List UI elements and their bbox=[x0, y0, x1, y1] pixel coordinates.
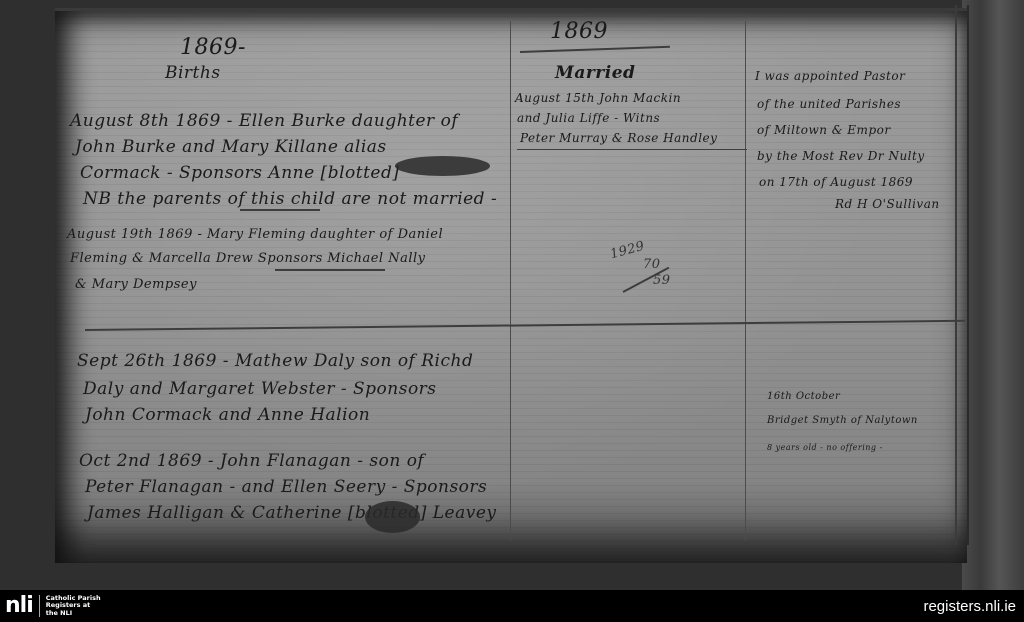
ink-blot bbox=[395, 156, 490, 176]
note-line: on 17th of August 1869 bbox=[759, 175, 913, 189]
section-divider bbox=[85, 320, 965, 331]
married-year-heading: 1869 bbox=[550, 19, 608, 44]
entry-line: Fleming & Marcella Drew Sponsors Michael… bbox=[70, 251, 426, 266]
entry-line: NB the parents of this child are not mar… bbox=[83, 189, 497, 209]
entry-line: August 19th 1869 - Mary Fleming daughter… bbox=[67, 227, 443, 242]
calc-subtract: 70 bbox=[643, 257, 661, 272]
entry-line: Peter Flanagan - and Ellen Seery - Spons… bbox=[85, 477, 487, 497]
calc-top: 1929 bbox=[609, 239, 647, 263]
entry-line: & Mary Dempsey bbox=[75, 277, 197, 292]
page-edge bbox=[955, 5, 969, 545]
note-line: of the united Parishes bbox=[757, 97, 901, 111]
births-year-heading: 1869- bbox=[180, 35, 246, 60]
register-page: 1869- Births August 8th 1869 - Ellen Bur… bbox=[55, 8, 967, 563]
births-section-heading: Births bbox=[165, 63, 221, 83]
note-line: I was appointed Pastor bbox=[755, 69, 905, 83]
entry-line: Daly and Margaret Webster - Sponsors bbox=[83, 379, 437, 399]
ink-blot bbox=[365, 501, 420, 533]
footer-bar: nli Catholic Parish Registers at the NLI… bbox=[0, 590, 1024, 622]
entry-line: James Halligan & Catherine [blotted] Lea… bbox=[87, 503, 496, 523]
entry-line: Sept 26th 1869 - Mathew Daly son of Rich… bbox=[77, 351, 473, 371]
entry-line: Bridget Smyth of Nalytown bbox=[767, 415, 918, 426]
married-section-heading: Married bbox=[555, 63, 635, 83]
entry-line: August 8th 1869 - Ellen Burke daughter o… bbox=[70, 111, 458, 131]
entry-line: 16th October bbox=[767, 391, 840, 402]
note-line: of Miltown & Empor bbox=[757, 123, 891, 137]
image-viewer[interactable]: 1869- Births August 8th 1869 - Ellen Bur… bbox=[0, 0, 1024, 590]
entry-line: Peter Murray & Rose Handley bbox=[520, 131, 717, 145]
entry-line: Oct 2nd 1869 - John Flanagan - son of bbox=[79, 451, 424, 471]
entry-line: and Julia Liffe - Witns bbox=[517, 111, 660, 125]
nli-logo-mark: nli bbox=[5, 595, 40, 617]
book-binding-edge bbox=[962, 0, 1024, 590]
note-line: by the Most Rev Dr Nulty bbox=[757, 149, 925, 163]
registers-site-link[interactable]: registers.nli.ie bbox=[923, 598, 1016, 615]
entry-line: Cormack - Sponsors Anne [blotted] bbox=[80, 163, 400, 183]
entry-underline bbox=[240, 209, 320, 211]
calc-result: 59 bbox=[653, 273, 671, 288]
logo-text-line: the NLI bbox=[46, 609, 72, 617]
note-signature: Rd H O'Sullivan bbox=[835, 197, 940, 211]
heading-underline bbox=[520, 46, 670, 53]
nli-logo[interactable]: nli Catholic Parish Registers at the NLI bbox=[5, 595, 101, 618]
entry-line: August 15th John Mackin bbox=[515, 91, 681, 105]
entry-line: John Cormack and Anne Halion bbox=[85, 405, 370, 425]
entry-underline bbox=[275, 269, 385, 271]
column-divider bbox=[510, 21, 511, 541]
entry-rule bbox=[517, 149, 747, 150]
entry-line: 8 years old - no offering - bbox=[767, 443, 883, 452]
column-divider bbox=[745, 21, 746, 541]
entry-line: John Burke and Mary Killane alias bbox=[75, 137, 387, 157]
nli-logo-text: Catholic Parish Registers at the NLI bbox=[46, 595, 101, 618]
